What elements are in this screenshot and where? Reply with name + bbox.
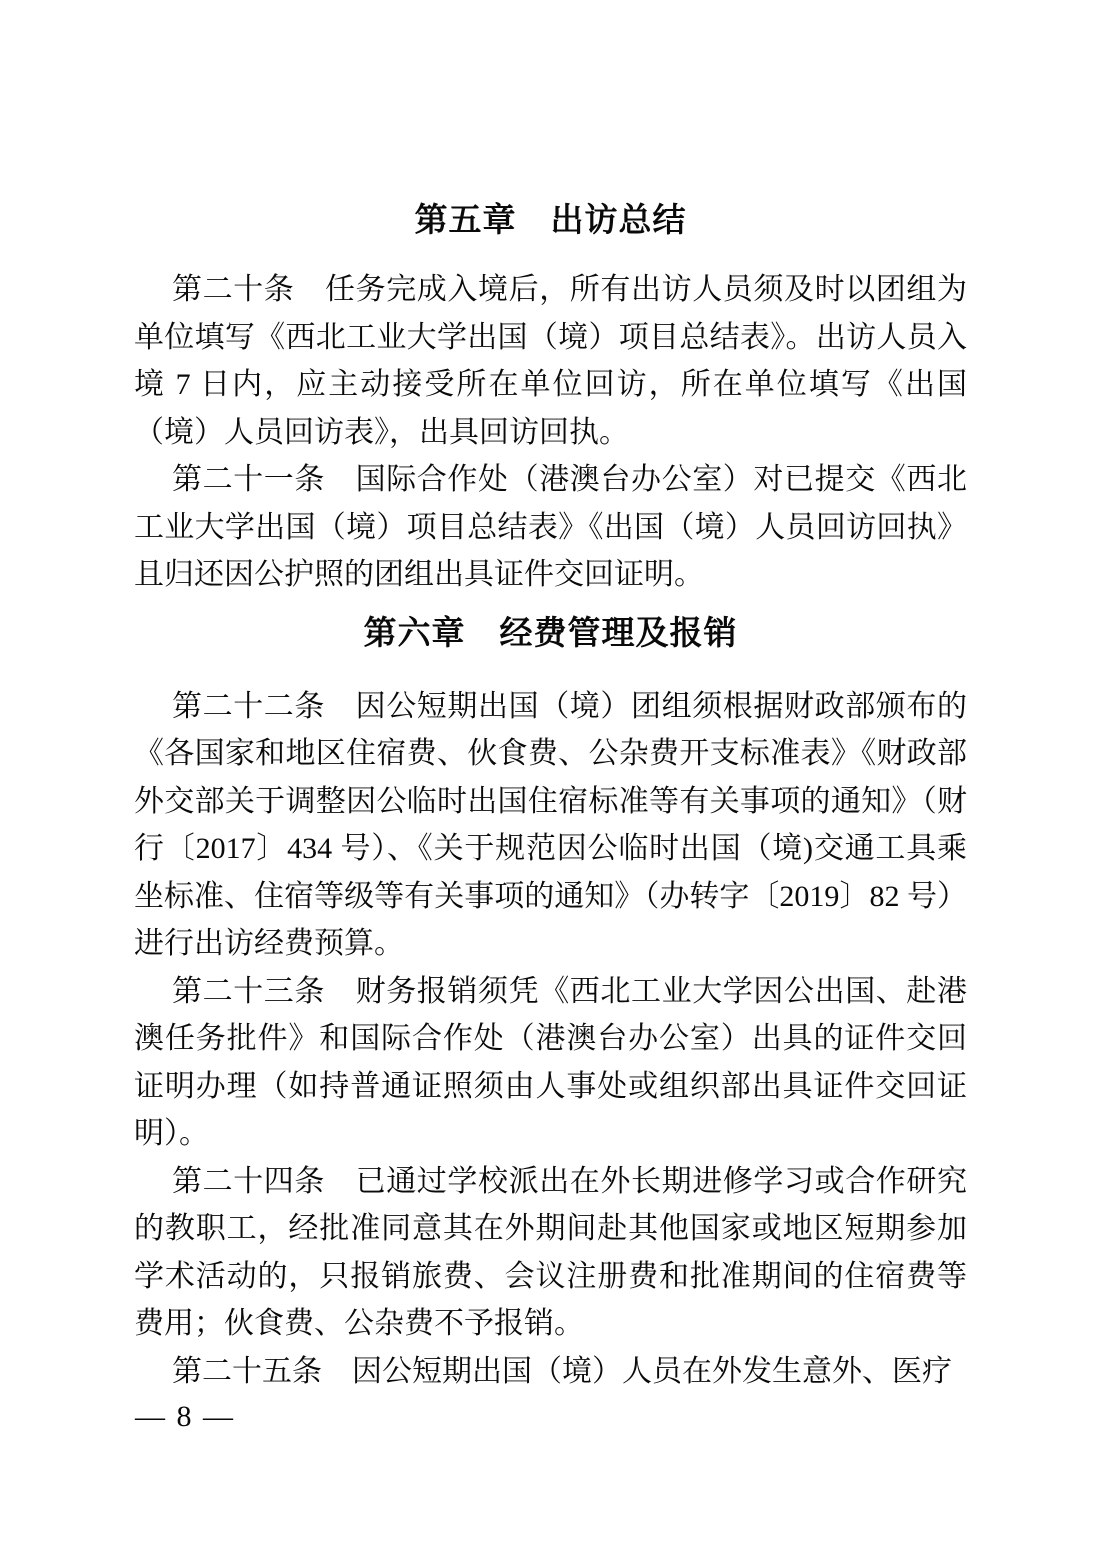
document-body: 第五章 出访总结 第二十条 任务完成入境后，所有出访人员须及时以团组为单位填写《… bbox=[134, 196, 967, 1395]
chapter-6-title: 第六章 经费管理及报销 bbox=[134, 609, 967, 657]
page-number: — 8 — bbox=[135, 1400, 235, 1434]
article-24-paragraph: 第二十四条 已通过学校派出在外长期进修学习或合作研究的教职工，经批准同意其在外期… bbox=[134, 1158, 967, 1348]
chapter-5-title: 第五章 出访总结 bbox=[134, 196, 967, 244]
article-25-paragraph: 第二十五条 因公短期出国（境）人员在外发生意外、医疗 bbox=[134, 1348, 967, 1396]
article-22-paragraph: 第二十二条 因公短期出国（境）团组须根据财政部颁布的《各国家和地区住宿费、伙食费… bbox=[134, 683, 967, 968]
article-20-paragraph: 第二十条 任务完成入境后，所有出访人员须及时以团组为单位填写《西北工业大学出国（… bbox=[134, 266, 967, 456]
document-page: { "document": { "sections": [ { "type": … bbox=[0, 0, 1102, 1559]
article-23-paragraph: 第二十三条 财务报销须凭《西北工业大学因公出国、赴港澳任务批件》和国际合作处（港… bbox=[134, 968, 967, 1158]
article-21-paragraph: 第二十一条 国际合作处（港澳台办公室）对已提交《西北工业大学出国（境）项目总结表… bbox=[134, 456, 967, 599]
